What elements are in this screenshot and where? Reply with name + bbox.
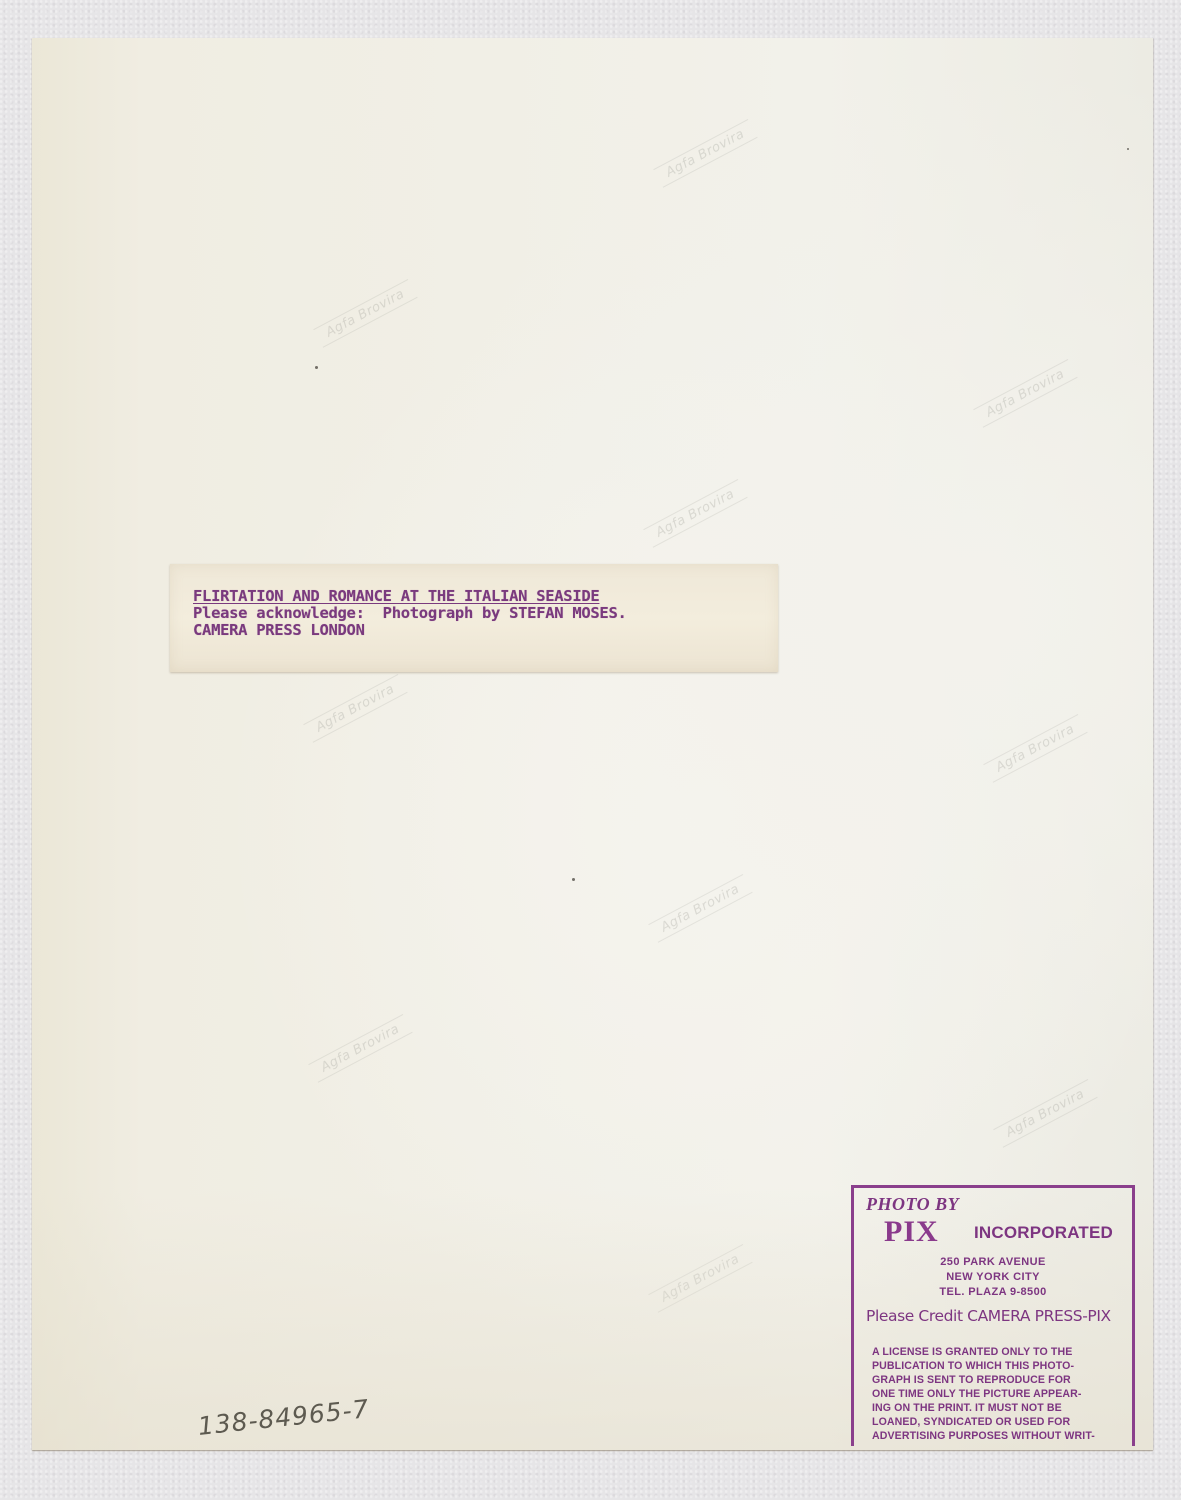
license-line: PUBLICATION TO WHICH THIS PHOTO- xyxy=(872,1359,1124,1373)
paper-watermark: Agfa Brovira xyxy=(308,1014,412,1083)
license-line: ONE TIME ONLY THE PICTURE APPEAR- xyxy=(872,1387,1124,1401)
dust-speck xyxy=(1127,148,1129,150)
caption-acknowledgement: Please acknowledge: Photograph by STEFAN… xyxy=(193,605,627,622)
paper-watermark: Agfa Brovira xyxy=(643,479,747,548)
stamp-photo-by: PHOTO BY xyxy=(866,1194,959,1215)
paper-watermark: Agfa Brovira xyxy=(313,279,417,348)
caption-label: FLIRTATION AND ROMANCE AT THE ITALIAN SE… xyxy=(170,564,778,672)
stamp-address-street: 250 PARK AVENUE xyxy=(854,1255,1132,1270)
license-line: LOANED, SYNDICATED OR USED FOR xyxy=(872,1415,1124,1429)
caption-agency: CAMERA PRESS LONDON xyxy=(193,622,627,639)
caption-text: FLIRTATION AND ROMANCE AT THE ITALIAN SE… xyxy=(193,588,627,639)
caption-title: FLIRTATION AND ROMANCE AT THE ITALIAN SE… xyxy=(193,588,627,605)
paper-watermark: Agfa Brovira xyxy=(648,874,752,943)
paper-watermark: Agfa Brovira xyxy=(983,714,1087,783)
license-line: GRAPH IS SENT TO REPRODUCE FOR xyxy=(872,1373,1124,1387)
stamp-phone: TEL. PLAZA 9-8500 xyxy=(854,1285,1132,1300)
paper-watermark: Agfa Brovira xyxy=(303,674,407,743)
license-line: ADVERTISING PURPOSES WITHOUT WRIT- xyxy=(872,1429,1124,1443)
stamp-license-text: A LICENSE IS GRANTED ONLY TO THE PUBLICA… xyxy=(872,1345,1124,1443)
paper-watermark: Agfa Brovira xyxy=(653,119,757,188)
paper-watermark: Agfa Brovira xyxy=(973,359,1077,428)
dust-speck xyxy=(315,366,318,369)
license-line: A LICENSE IS GRANTED ONLY TO THE xyxy=(872,1345,1124,1359)
agency-stamp: PHOTO BY PIX INCORPORATED 250 PARK AVENU… xyxy=(851,1185,1135,1446)
stamp-address-city: NEW YORK CITY xyxy=(854,1270,1132,1285)
stamp-incorporated: INCORPORATED xyxy=(974,1223,1113,1243)
dust-speck xyxy=(572,878,575,881)
paper-watermark: Agfa Brovira xyxy=(993,1079,1097,1148)
license-line: ING ON THE PRINT. IT MUST NOT BE xyxy=(872,1401,1124,1415)
paper-watermark: Agfa Brovira xyxy=(648,1244,752,1313)
stamp-agency-logo: PIX xyxy=(884,1215,939,1249)
stamp-credit-line: Please Credit CAMERA PRESS-PIX xyxy=(866,1307,1111,1325)
stamp-address: 250 PARK AVENUE NEW YORK CITY TEL. PLAZA… xyxy=(854,1255,1132,1300)
